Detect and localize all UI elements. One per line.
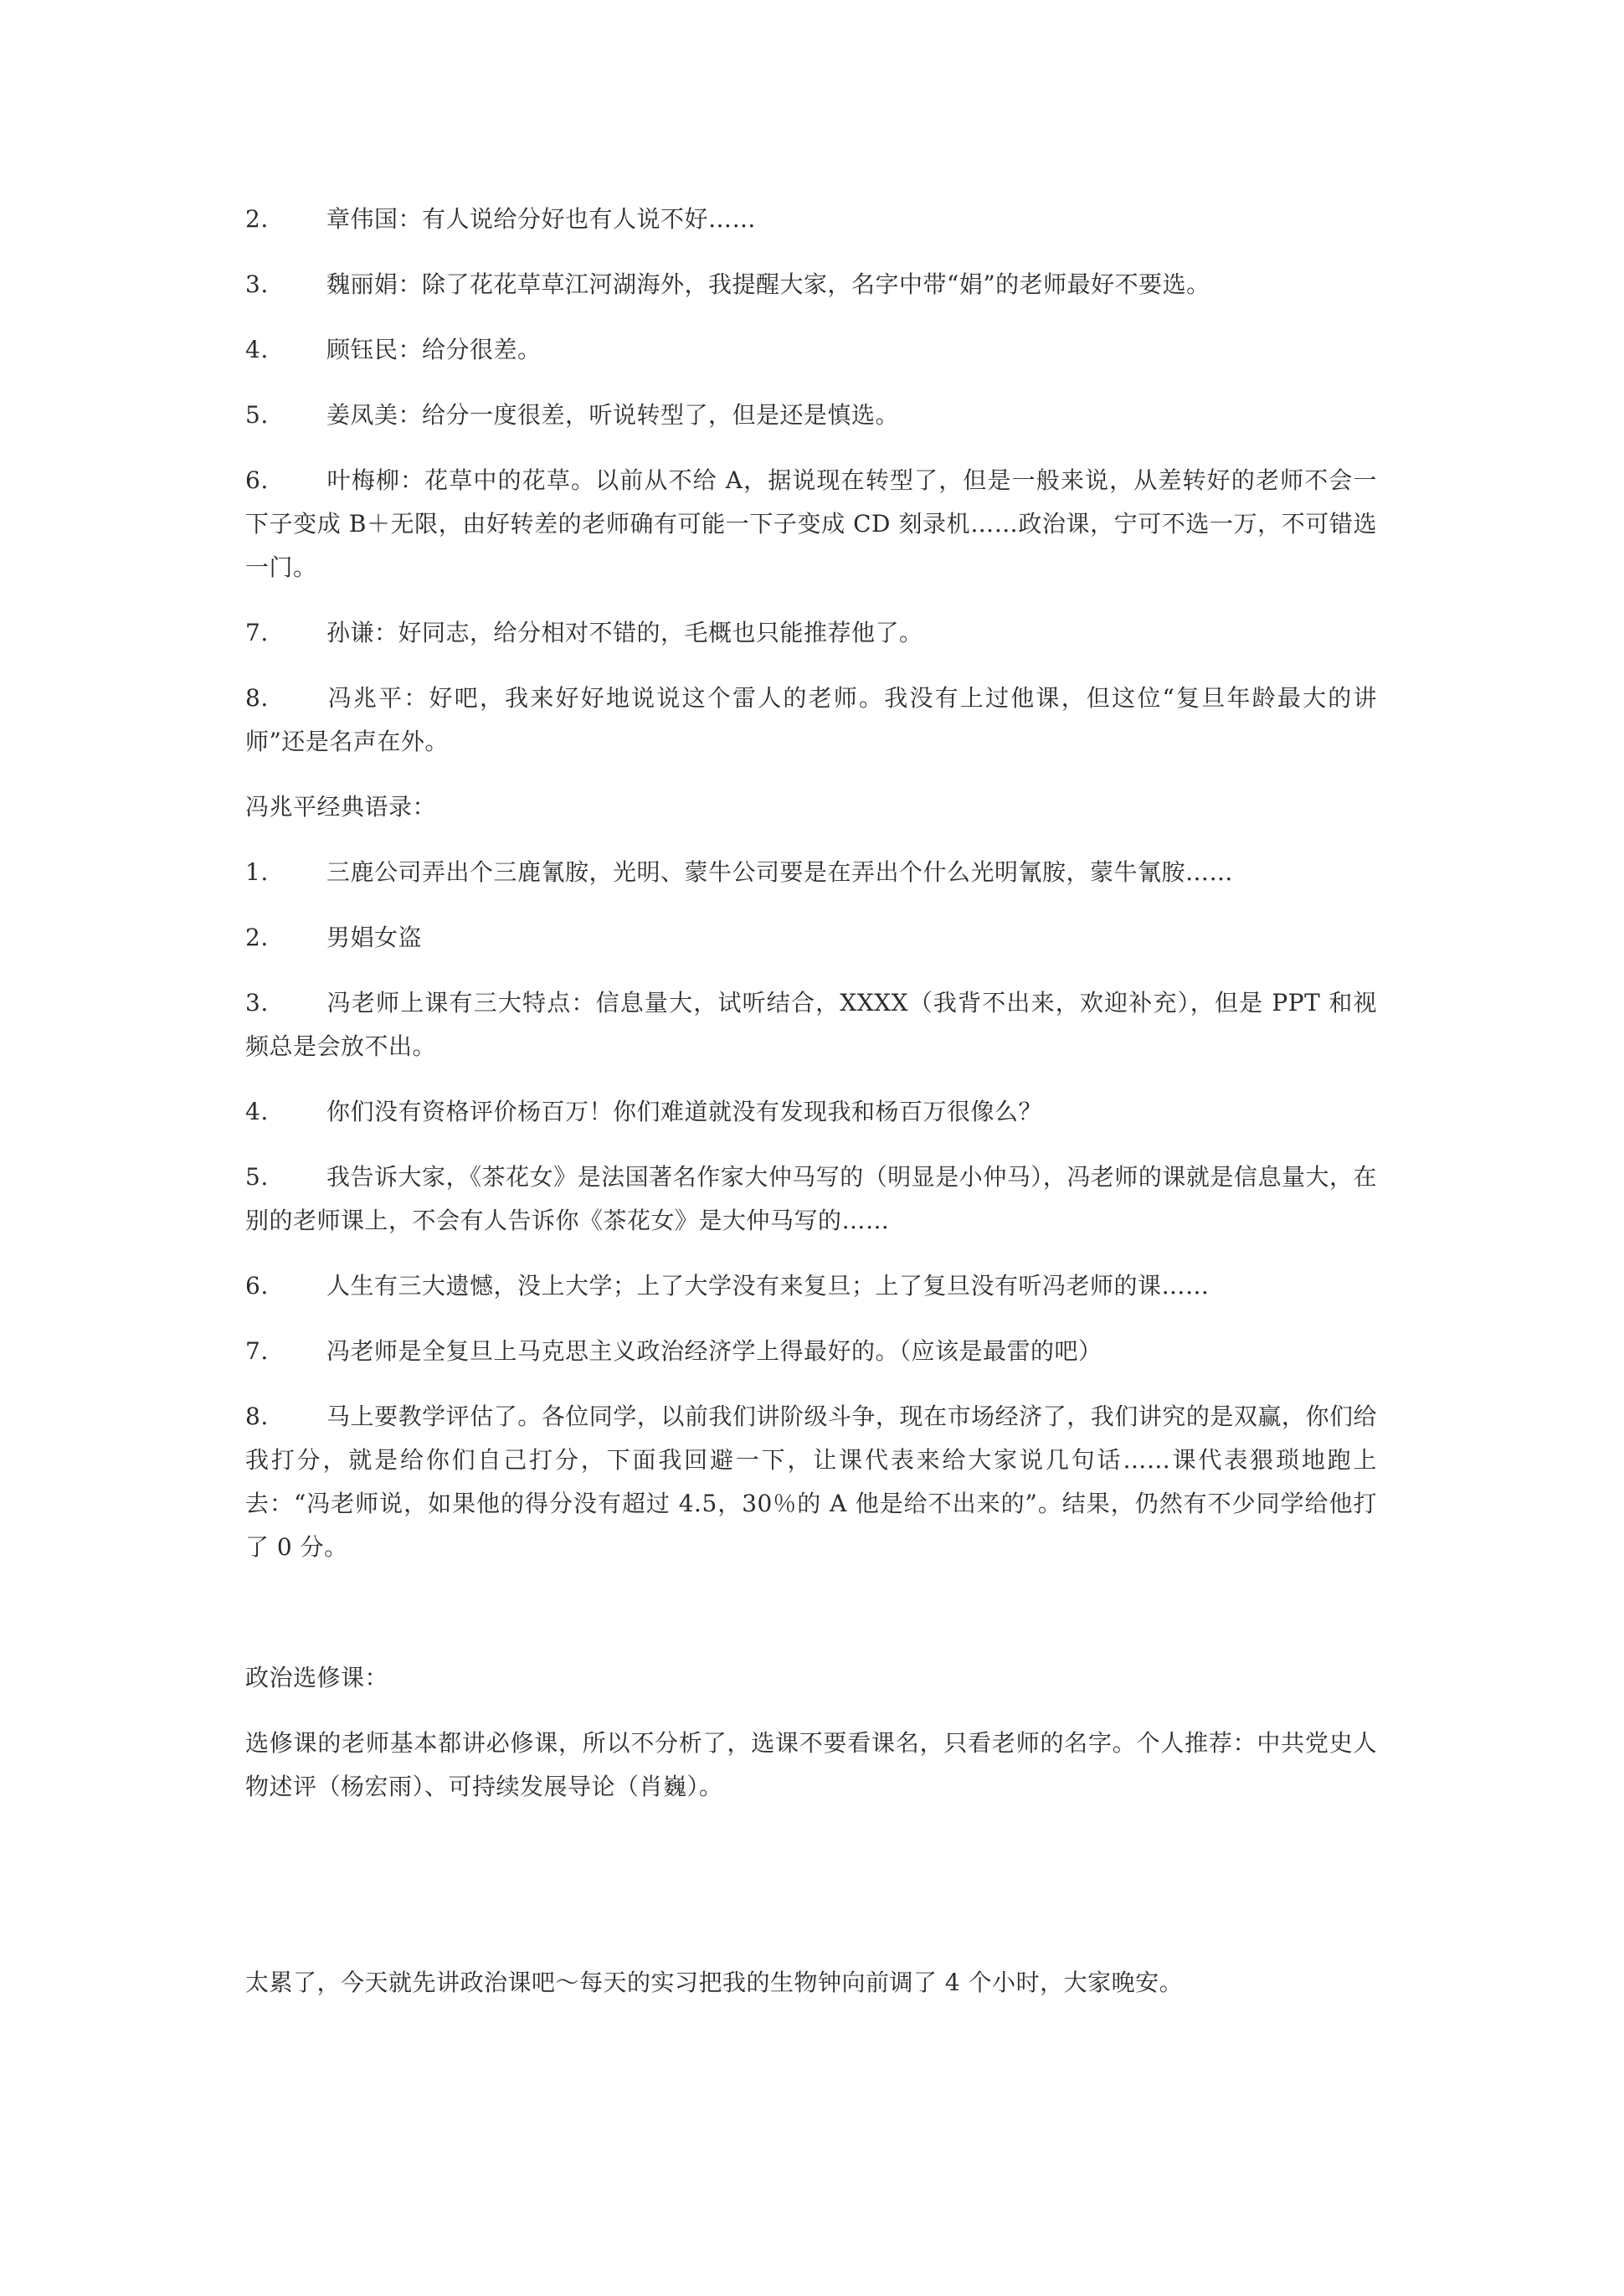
item-text: 三鹿公司弄出个三鹿氰胺，光明、蒙牛公司要是在弄出个什么光明氰胺，蒙牛氰胺…… (326, 858, 1233, 886)
list-item: 3.冯老师上课有三大特点：信息量大，试听结合，XXXX（我背不出来，欢迎补充），… (245, 981, 1377, 1068)
item-number: 1. (245, 851, 326, 894)
item-number: 4. (245, 328, 326, 372)
quotes-list: 1.三鹿公司弄出个三鹿氰胺，光明、蒙牛公司要是在弄出个什么光明氰胺，蒙牛氰胺……… (245, 851, 1377, 1569)
electives-paragraph: 选修课的老师基本都讲必修课，所以不分析了，选课不要看课名，只看老师的名字。个人推… (245, 1722, 1377, 1809)
item-text: 魏丽娟：除了花花草草江河湖海外，我提醒大家，名字中带“娟”的老师最好不要选。 (326, 270, 1210, 298)
item-number: 8. (245, 677, 326, 720)
blank-line (245, 1896, 1377, 1939)
list-item: 3.魏丽娟：除了花花草草江河湖海外，我提醒大家，名字中带“娟”的老师最好不要选。 (245, 263, 1377, 306)
item-text: 冯老师上课有三大特点：信息量大，试听结合，XXXX（我背不出来，欢迎补充），但是… (245, 989, 1377, 1060)
item-number: 7. (245, 611, 326, 655)
document-page: 2.章伟国：有人说给分好也有人说不好…… 3.魏丽娟：除了花花草草江河湖海外，我… (245, 198, 1377, 2026)
blank-line (245, 1830, 1377, 1874)
item-number: 6. (245, 1264, 326, 1308)
blank-line (245, 1591, 1377, 1634)
list-item: 7.孙谦：好同志，给分相对不错的，毛概也只能推荐他了。 (245, 611, 1377, 655)
item-text: 姜凤美：给分一度很差，听说转型了，但是还是慎选。 (326, 401, 899, 429)
item-number: 5. (245, 1156, 326, 1199)
list-item: 6.人生有三大遗憾，没上大学；上了大学没有来复旦；上了复旦没有听冯老师的课…… (245, 1264, 1377, 1308)
item-number: 3. (245, 263, 326, 306)
closing-paragraph: 太累了，今天就先讲政治课吧～每天的实习把我的生物钟向前调了 4 个小时，大家晚安… (245, 1961, 1377, 2005)
teacher-list: 2.章伟国：有人说给分好也有人说不好…… 3.魏丽娟：除了花花草草江河湖海外，我… (245, 198, 1377, 764)
item-text: 叶梅柳：花草中的花草。以前从不给 A，据说现在转型了，但是一般来说，从差转好的老… (245, 466, 1377, 581)
list-item: 4.顾钰民：给分很差。 (245, 328, 1377, 372)
item-number: 7. (245, 1330, 326, 1373)
item-text: 我告诉大家，《茶花女》是法国著名作家大仲马写的（明显是小仲马），冯老师的课就是信… (245, 1163, 1377, 1234)
item-number: 5. (245, 394, 326, 437)
list-item: 6.叶梅柳：花草中的花草。以前从不给 A，据说现在转型了，但是一般来说，从差转好… (245, 459, 1377, 589)
item-text: 马上要教学评估了。各位同学，以前我们讲阶级斗争，现在市场经济了，我们讲究的是双赢… (245, 1403, 1377, 1561)
item-text: 冯老师是全复旦上马克思主义政治经济学上得最好的。（应该是最雷的吧） (326, 1337, 1102, 1365)
list-item: 1.三鹿公司弄出个三鹿氰胺，光明、蒙牛公司要是在弄出个什么光明氰胺，蒙牛氰胺…… (245, 851, 1377, 894)
item-text: 男娼女盗 (326, 924, 422, 951)
electives-heading: 政治选修课： (245, 1656, 1377, 1700)
list-item: 4.你们没有资格评价杨百万！你们难道就没有发现我和杨百万很像么？ (245, 1090, 1377, 1134)
list-item: 8.马上要教学评估了。各位同学，以前我们讲阶级斗争，现在市场经济了，我们讲究的是… (245, 1395, 1377, 1569)
item-number: 3. (245, 981, 326, 1025)
item-number: 8. (245, 1395, 326, 1439)
item-text: 人生有三大遗憾，没上大学；上了大学没有来复旦；上了复旦没有听冯老师的课…… (326, 1272, 1210, 1300)
item-number: 2. (245, 198, 326, 241)
quotes-heading: 冯兆平经典语录： (245, 785, 1377, 829)
list-item: 2.章伟国：有人说给分好也有人说不好…… (245, 198, 1377, 241)
item-text: 顾钰民：给分很差。 (326, 336, 542, 363)
item-text: 你们没有资格评价杨百万！你们难道就没有发现我和杨百万很像么？ (326, 1098, 1042, 1125)
list-item: 7.冯老师是全复旦上马克思主义政治经济学上得最好的。（应该是最雷的吧） (245, 1330, 1377, 1373)
list-item: 5.我告诉大家，《茶花女》是法国著名作家大仲马写的（明显是小仲马），冯老师的课就… (245, 1156, 1377, 1243)
list-item: 2.男娼女盗 (245, 916, 1377, 960)
list-item: 8.冯兆平：好吧，我来好好地说说这个雷人的老师。我没有上过他课，但这位“复旦年龄… (245, 677, 1377, 764)
item-text: 冯兆平：好吧，我来好好地说说这个雷人的老师。我没有上过他课，但这位“复旦年龄最大… (245, 684, 1377, 755)
item-number: 2. (245, 916, 326, 960)
item-number: 6. (245, 459, 326, 502)
item-text: 章伟国：有人说给分好也有人说不好…… (326, 205, 756, 233)
item-text: 孙谦：好同志，给分相对不错的，毛概也只能推荐他了。 (326, 619, 923, 646)
item-number: 4. (245, 1090, 326, 1134)
list-item: 5.姜凤美：给分一度很差，听说转型了，但是还是慎选。 (245, 394, 1377, 437)
